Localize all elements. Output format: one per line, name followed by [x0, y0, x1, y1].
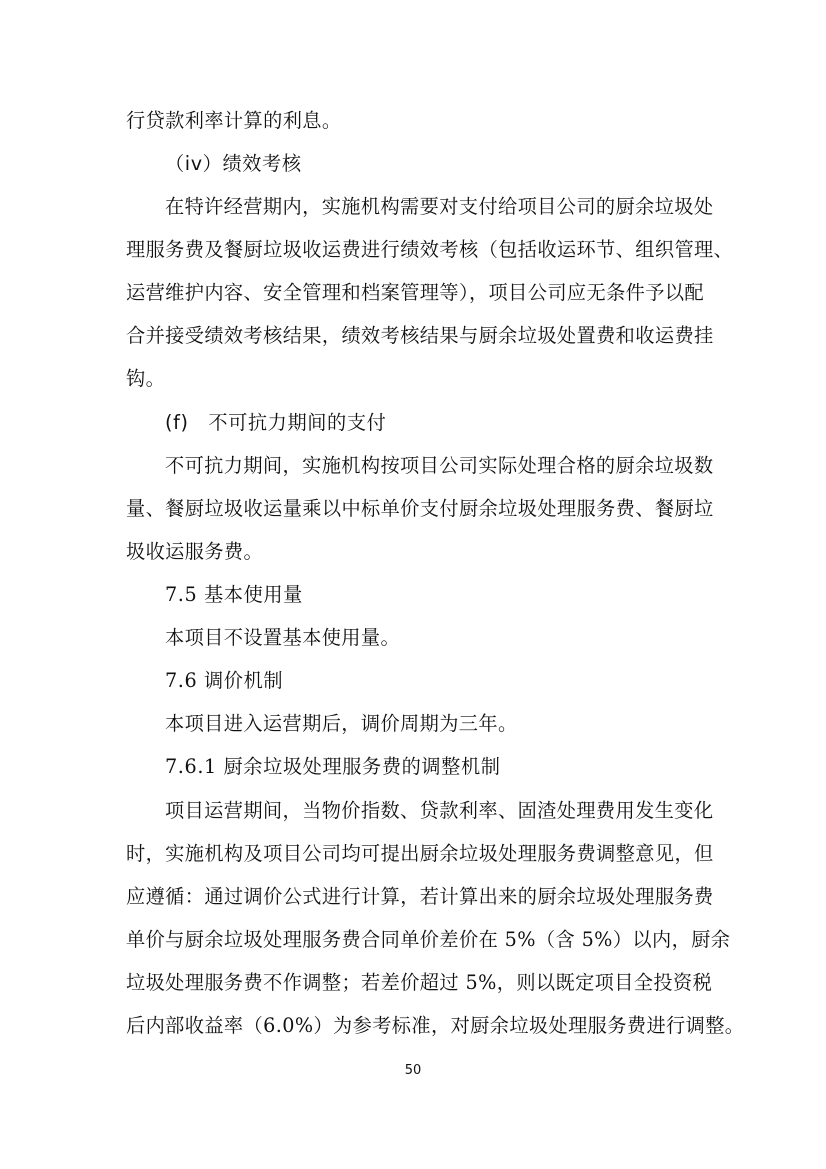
paragraph-line: 项目运营期间，当物价指数、贷款利率、固渣处理费用发生变化: [165, 798, 704, 824]
paragraph-line: 钩。: [126, 366, 165, 392]
paragraph-line: 圾收运服务费。: [126, 539, 263, 565]
section-heading-7-6-1: 7.6.1 厨余垃圾处理服务费的调整机制: [165, 754, 501, 780]
section-heading-7-6: 7.6 调价机制: [165, 668, 283, 694]
paragraph-line: 不可抗力期间，实施机构按项目公司实际处理合格的厨余垃圾数: [165, 453, 704, 479]
paragraph-line: 理服务费及餐厨垃圾收运费进行绩效考核（包括收运环节、组织管理、: [126, 237, 704, 263]
paragraph-line: 行贷款利率计算的利息。: [126, 108, 341, 134]
section-heading-7-5: 7.5 基本使用量: [165, 582, 303, 608]
paragraph-line: 应遵循：通过调价公式进行计算，若计算出来的厨余垃圾处理服务费: [126, 884, 704, 910]
paragraph-line: 本项目进入运营期后，调价周期为三年。: [165, 711, 518, 737]
paragraph-line: 在特许经营期内，实施机构需要对支付给项目公司的厨余垃圾处: [165, 194, 704, 220]
section-heading-force-majeure-payment: (f) 不可抗力期间的支付: [165, 410, 386, 436]
page-number: 50: [0, 1063, 826, 1078]
paragraph-line: 时，实施机构及项目公司均可提出厨余垃圾处理服务费调整意见，但: [126, 841, 704, 867]
paragraph-line: 单价与厨余垃圾处理服务费合同单价差价在 5%（含 5%）以内，厨余: [126, 927, 704, 953]
section-heading-performance-assessment: （iv）绩效考核: [165, 151, 302, 177]
paragraph-line: 本项目不设置基本使用量。: [165, 625, 400, 651]
paragraph-line: 后内部收益率（6.0%）为参考标准，对厨余垃圾处理服务费进行调整。: [126, 1013, 704, 1039]
paragraph-line: 运营维护内容、安全管理和档案管理等），项目公司应无条件予以配: [126, 280, 704, 306]
paragraph-line: 量、餐厨垃圾收运量乘以中标单价支付厨余垃圾处理服务费、餐厨垃: [126, 496, 704, 522]
paragraph-line: 垃圾处理服务费不作调整；若差价超过 5%，则以既定项目全投资税: [126, 970, 704, 996]
paragraph-line: 合并接受绩效考核结果，绩效考核结果与厨余垃圾处置费和收运费挂: [126, 323, 704, 349]
